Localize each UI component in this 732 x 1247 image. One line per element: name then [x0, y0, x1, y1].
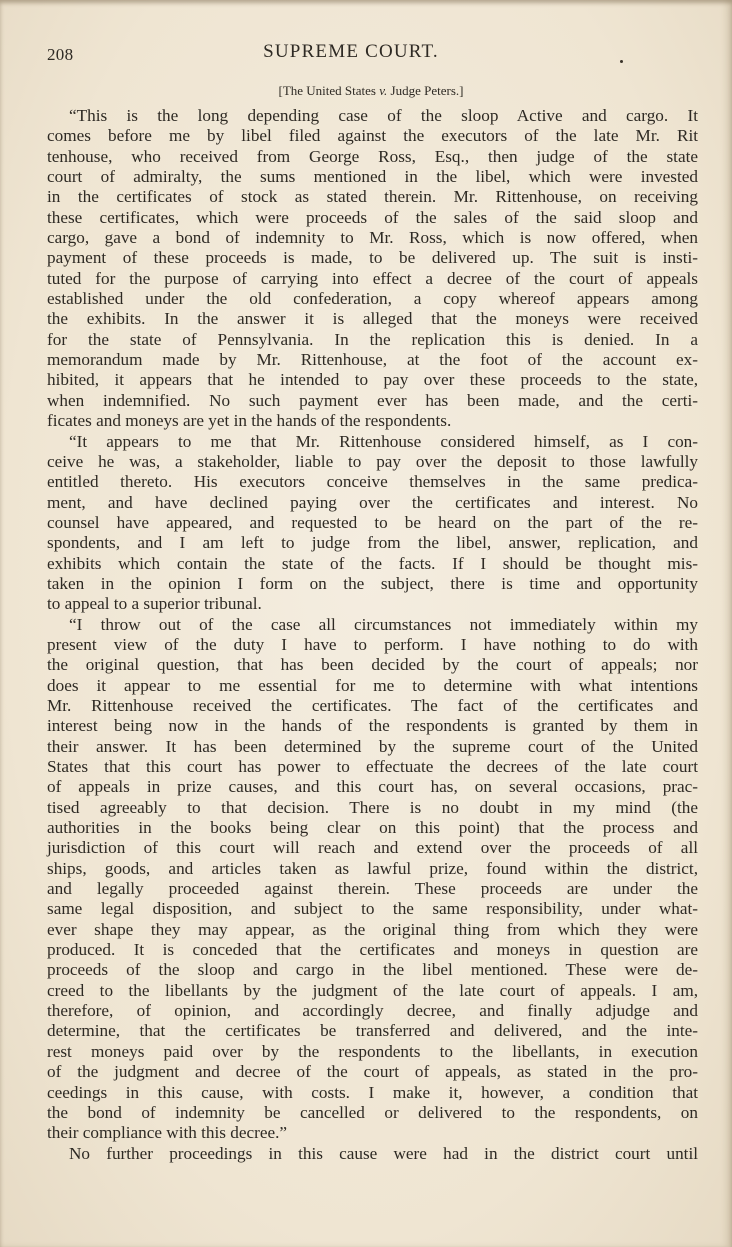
- text-line: creed to the libellants by the judgment …: [47, 981, 698, 1001]
- text-line: No further proceedings in this cause wer…: [47, 1144, 698, 1164]
- text-line: the original question, that has been dec…: [47, 655, 698, 675]
- text-line: does it appear to me essential for me to…: [47, 676, 698, 696]
- text-line: authorities in the books being clear on …: [47, 818, 698, 838]
- text-line: States that this court has power to effe…: [47, 757, 698, 777]
- text-line: of the judgment and decree of the court …: [47, 1062, 698, 1082]
- text-line: ceedings in this cause, with costs. I ma…: [47, 1083, 698, 1103]
- text-line: in the certificates of stock as stated t…: [47, 187, 698, 207]
- text-line: hibited, it appears that he intended to …: [47, 370, 698, 390]
- text-line: ceive he was, a stakeholder, liable to p…: [47, 452, 698, 472]
- text-line: their answer. It has been determined by …: [47, 737, 698, 757]
- text-line: counsel have appeared, and requested to …: [47, 513, 698, 533]
- text-line: exhibits which contain the state of the …: [47, 554, 698, 574]
- text-line: court of admiralty, the sums mentioned i…: [47, 167, 698, 187]
- text-line: tuted for the purpose of carrying into e…: [47, 269, 698, 289]
- text-line: therefore, of opinion, and accordingly d…: [47, 1001, 698, 1021]
- text-line: memorandum made by Mr. Rittenhouse, at t…: [47, 350, 698, 370]
- text-line: cargo, gave a bond of indemnity to Mr. R…: [47, 228, 698, 248]
- text-line: Mr. Rittenhouse received the certificate…: [47, 696, 698, 716]
- text-line: the bond of indemnity be cancelled or de…: [47, 1103, 698, 1123]
- body-text: “This is the long depending case of the …: [47, 106, 698, 1164]
- case-caption: [The United States v. Judge Peters.]: [0, 83, 732, 99]
- text-line: comes before me by libel filed against t…: [47, 126, 698, 146]
- text-line: established under the old confederation,…: [47, 289, 698, 309]
- text-line: ever shape they may appear, as the origi…: [47, 920, 698, 940]
- book-page: 208 SUPREME COURT. [The United States v.…: [0, 0, 732, 1247]
- text-line: these certificates, which were proceeds …: [47, 208, 698, 228]
- text-line: the exhibits. In the answer it is allege…: [47, 309, 698, 329]
- text-line: payment of these proceeds is made, to be…: [47, 248, 698, 268]
- text-line: “It appears to me that Mr. Rittenhouse c…: [47, 432, 698, 452]
- text-line: spondents, and I am left to judge from t…: [47, 533, 698, 553]
- text-line: entitled thereto. His executors conceive…: [47, 472, 698, 492]
- text-line: their compliance with this decree.”: [47, 1123, 698, 1143]
- text-line: ships, goods, and articles taken as lawf…: [47, 859, 698, 879]
- text-line: interest being now in the hands of the r…: [47, 716, 698, 736]
- text-line: to appeal to a superior tribunal.: [47, 594, 698, 614]
- text-line: and legally proceeded against therein. T…: [47, 879, 698, 899]
- text-line: ficates and moneys are yet in the hands …: [47, 411, 698, 431]
- text-line: same legal disposition, and subject to t…: [47, 899, 698, 919]
- text-line: “This is the long depending case of the …: [47, 106, 698, 126]
- text-line: tenhouse, who received from George Ross,…: [47, 147, 698, 167]
- text-line: when indemnified. No such payment ever h…: [47, 391, 698, 411]
- text-line: “I throw out of the case all circumstanc…: [47, 615, 698, 635]
- text-line: ment, and have declined paying over the …: [47, 493, 698, 513]
- text-line: proceeds of the sloop and cargo in the l…: [47, 960, 698, 980]
- ink-speck: [620, 60, 623, 63]
- text-line: taken in the opinion I form on the subje…: [47, 574, 698, 594]
- text-line: of appeals in prize causes, and this cou…: [47, 777, 698, 797]
- text-line: present view of the duty I have to perfo…: [47, 635, 698, 655]
- text-line: determine, that the certificates be tran…: [47, 1021, 698, 1041]
- text-line: jurisdiction of this court will reach an…: [47, 838, 698, 858]
- text-line: for the state of Pennsylvania. In the re…: [47, 330, 698, 350]
- text-line: rest moneys paid over by the respondents…: [47, 1042, 698, 1062]
- text-line: produced. It is conceded that the certif…: [47, 940, 698, 960]
- text-line: tised agreeably to that decision. There …: [47, 798, 698, 818]
